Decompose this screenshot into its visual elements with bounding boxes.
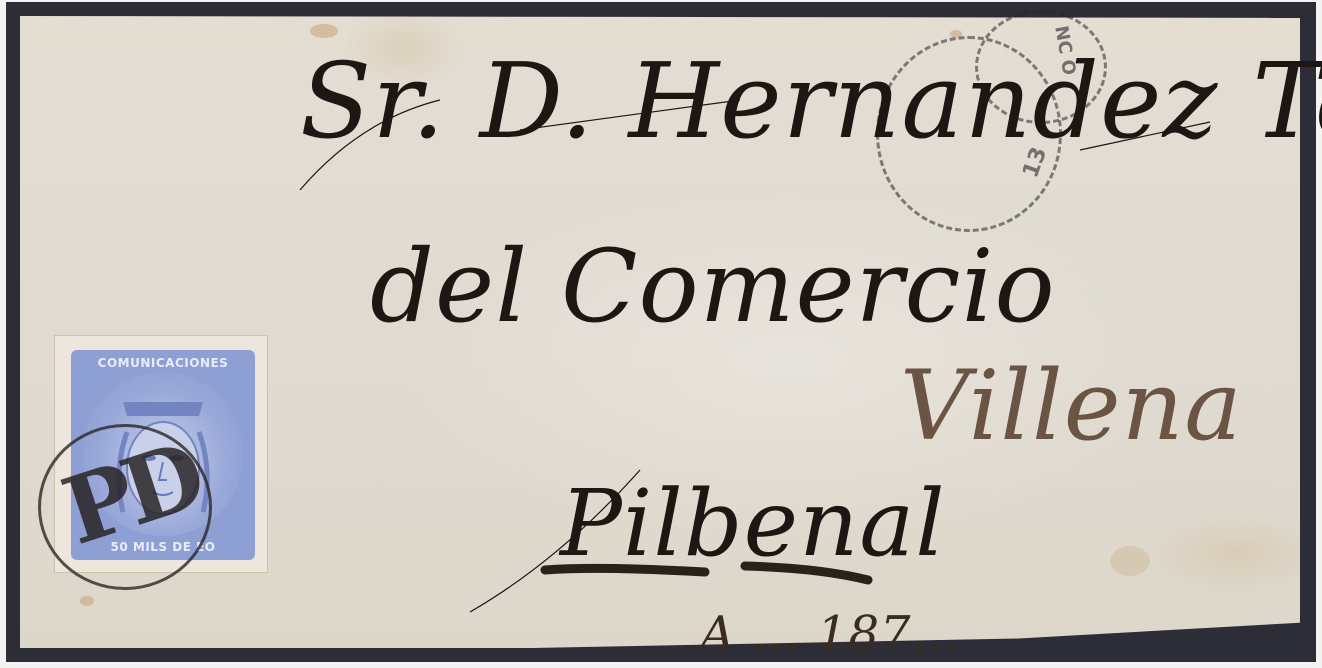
foxing-spot [310,24,338,38]
address-redirect-town: Villena [900,350,1243,462]
stamp-top-inscription: COMUNICACIONES [71,356,255,370]
address-line-2: del Comercio [370,228,1056,345]
address-partial-bottom-line: A ... 187... [700,606,960,662]
foxing-spot [1110,546,1150,576]
foxing-spot [80,596,94,606]
address-line-1: Sr. D. Hernandez Tomas [300,40,1322,162]
address-struck-town: Pilbenal [560,470,946,577]
